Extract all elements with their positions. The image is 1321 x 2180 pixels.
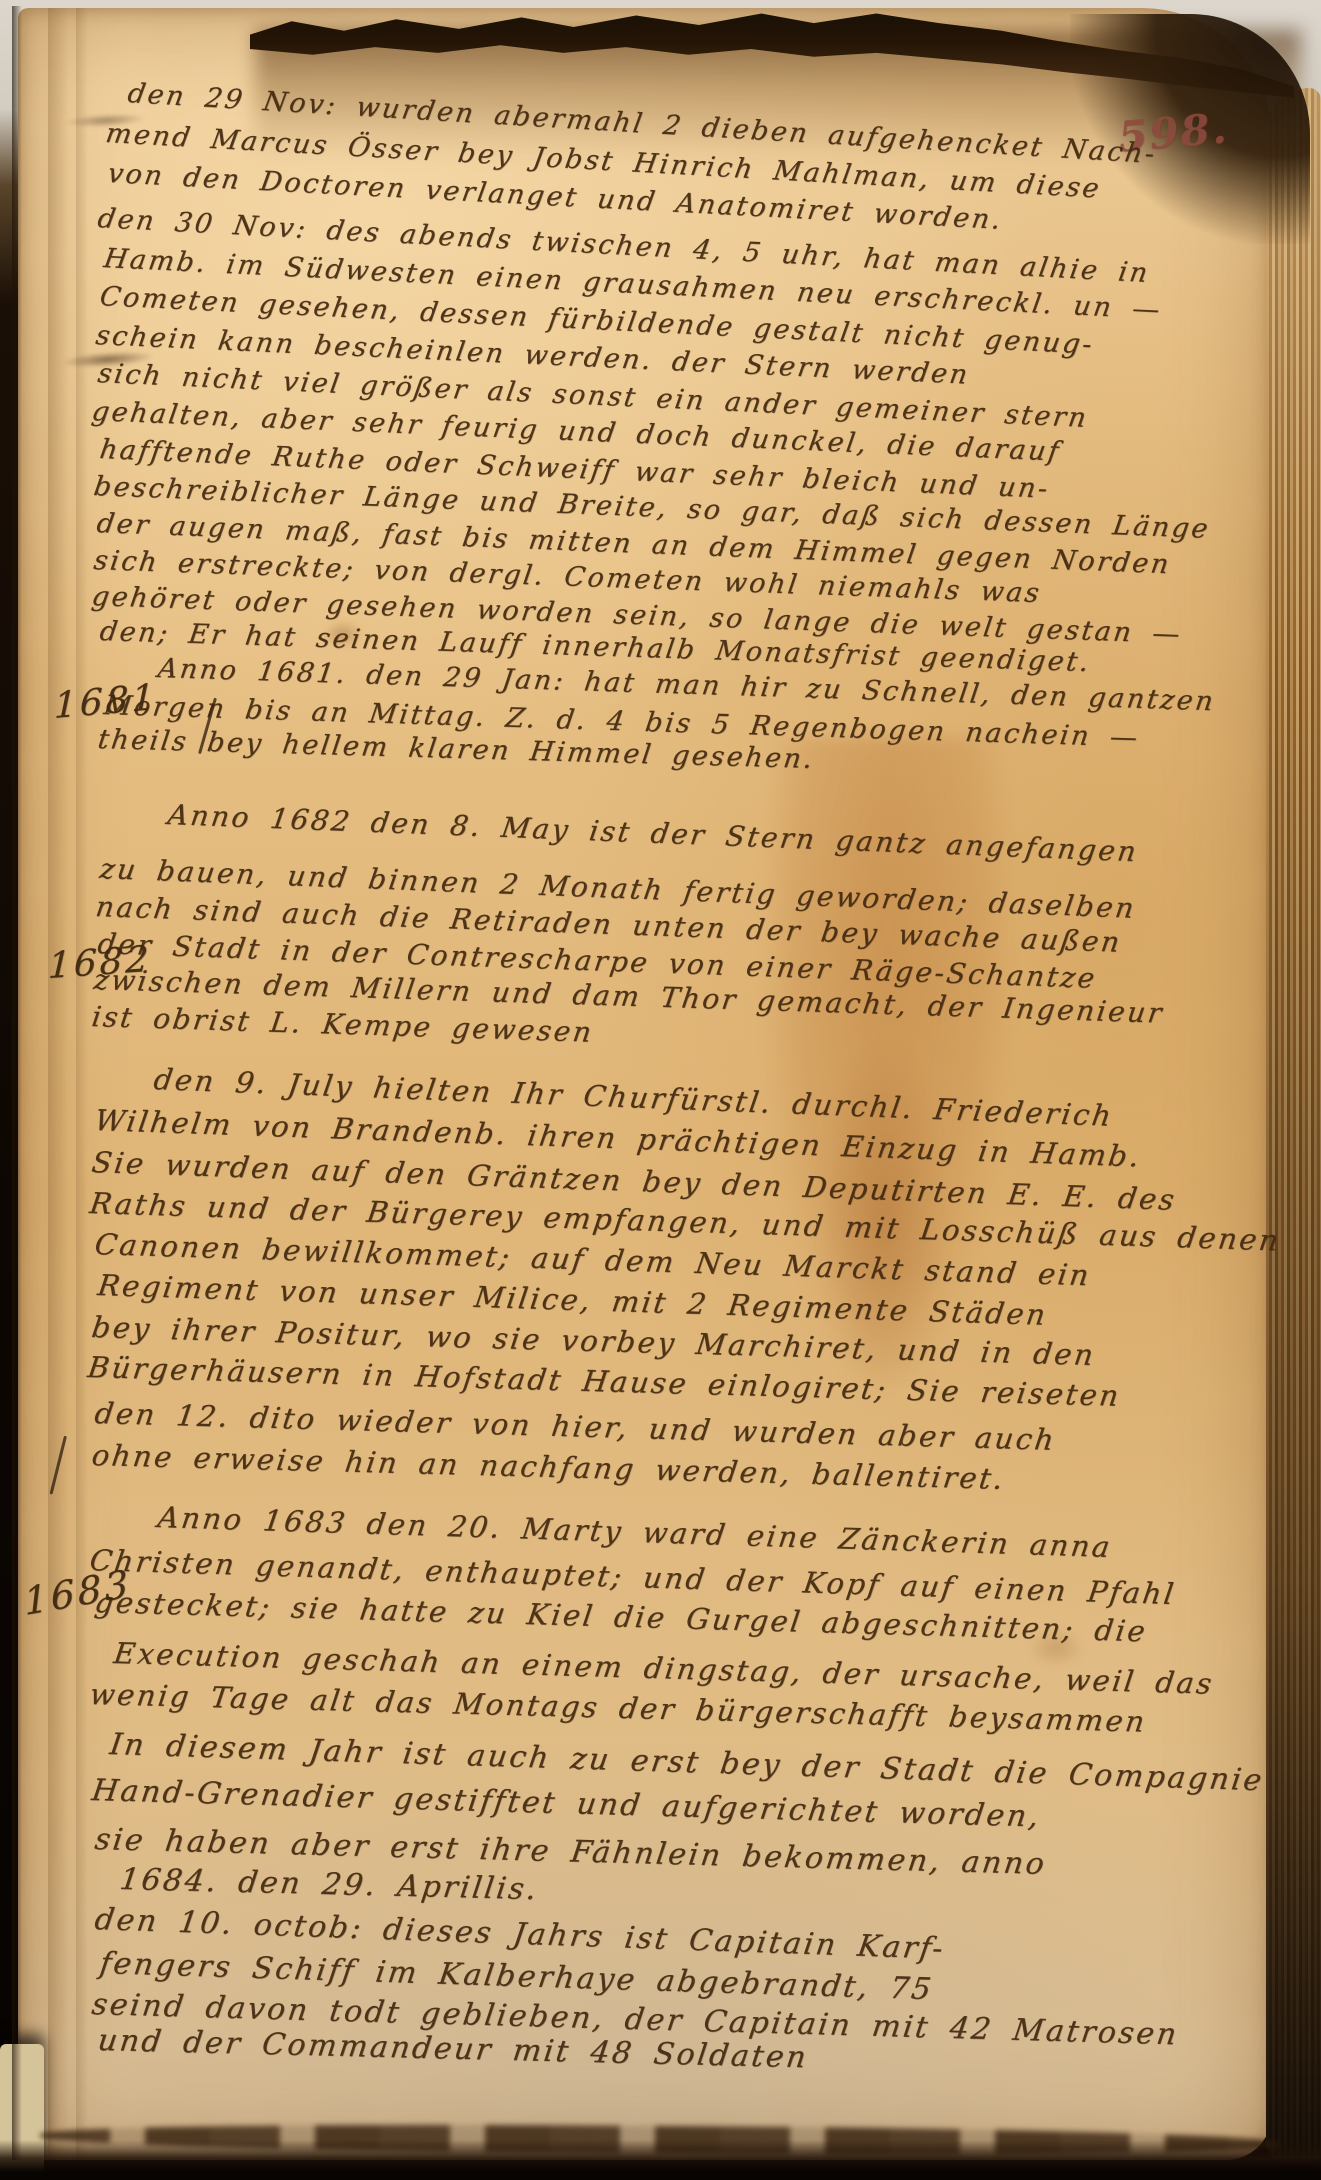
manuscript-line: 1684. den 29. Aprillis. — [118, 1862, 541, 1907]
handwriting-layer: 598. den 29 Nov: wurden abermahl 2 diebe… — [0, 0, 1321, 2180]
photo-of-manuscript: 598. den 29 Nov: wurden abermahl 2 diebe… — [0, 0, 1321, 2180]
ink-stroke — [50, 1436, 67, 1495]
manuscript-line: Anno 1682 den 8. May ist der Stern gantz… — [166, 798, 1141, 868]
margin-year: 1682 — [47, 939, 152, 987]
